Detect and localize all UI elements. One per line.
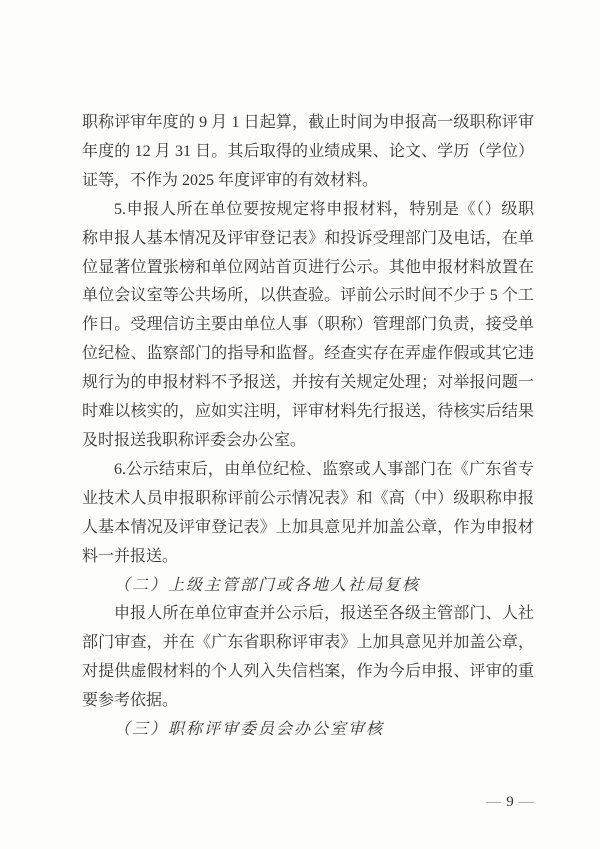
text-line: 及时报送我职称评委会办公室。 (82, 427, 534, 456)
text-line: 职称评审年度的 9 月 1 日起算，截止时间为申报高一级职称评审 (82, 109, 534, 138)
text-line: 料一并报送。 (82, 543, 534, 572)
page-number-left-dash: — (481, 794, 506, 810)
page-number-right-dash: — (514, 794, 539, 810)
text-line: 时难以核实的，应如实注明，评审材料先行报送，待核实后结果 (82, 398, 534, 427)
text-line: 称申报人基本情况及评审登记表》和投诉受理部门及电话，在单 (82, 225, 534, 254)
text-line: 业技术人员申报职称评前公示情况表》和《高（中）级职称申报 (82, 485, 534, 514)
document-body: 职称评审年度的 9 月 1 日起算，截止时间为申报高一级职称评审年度的 12 月… (82, 109, 534, 745)
page-number-value: 9 (506, 794, 514, 810)
text-line: 年度的 12 月 31 日。其后取得的业绩成果、论文、学历（学位） (82, 138, 534, 167)
text-line: 人基本情况及评审登记表》上加具意见并加盖公章，作为申报材 (82, 514, 534, 543)
text-line: 6.公示结束后，由单位纪检、监察或人事部门在《广东省专 (82, 456, 534, 485)
text-line: （三）职称评审委员会办公室审核 (82, 716, 534, 745)
page-number: —9— (450, 791, 570, 813)
text-line: 位显著位置张榜和单位网站首页进行公示。其他申报材料放置在 (82, 254, 534, 283)
text-line: （二）上级主管部门或各地人社局复核 (82, 572, 534, 601)
text-line: 规行为的申报材料不予报送，并按有关规定处理；对举报问题一 (82, 369, 534, 398)
text-line: 要参考依据。 (82, 687, 534, 716)
text-line: 对提供虚假材料的个人列入失信档案，作为今后申报、评审的重 (82, 658, 534, 687)
document-page: 职称评审年度的 9 月 1 日起算，截止时间为申报高一级职称评审年度的 12 月… (0, 0, 600, 849)
text-line: 部门审查，并在《广东省职称评审表》上加具意见并加盖公章， (82, 629, 534, 658)
text-line: 证等，不作为 2025 年度评审的有效材料。 (82, 167, 534, 196)
text-line: 单位会议室等公共场所，以供查验。评前公示时间不少于 5 个工 (82, 282, 534, 311)
text-line: 作日。受理信访主要由单位人事（职称）管理部门负责，接受单 (82, 311, 534, 340)
text-line: 5.申报人所在单位要按规定将申报材料，特别是《（）级职 (82, 196, 534, 225)
text-line: 申报人所在单位审查并公示后，报送至各级主管部门、人社 (82, 600, 534, 629)
text-line: 位纪检、监察部门的指导和监督。经查实存在弄虚作假或其它违 (82, 340, 534, 369)
